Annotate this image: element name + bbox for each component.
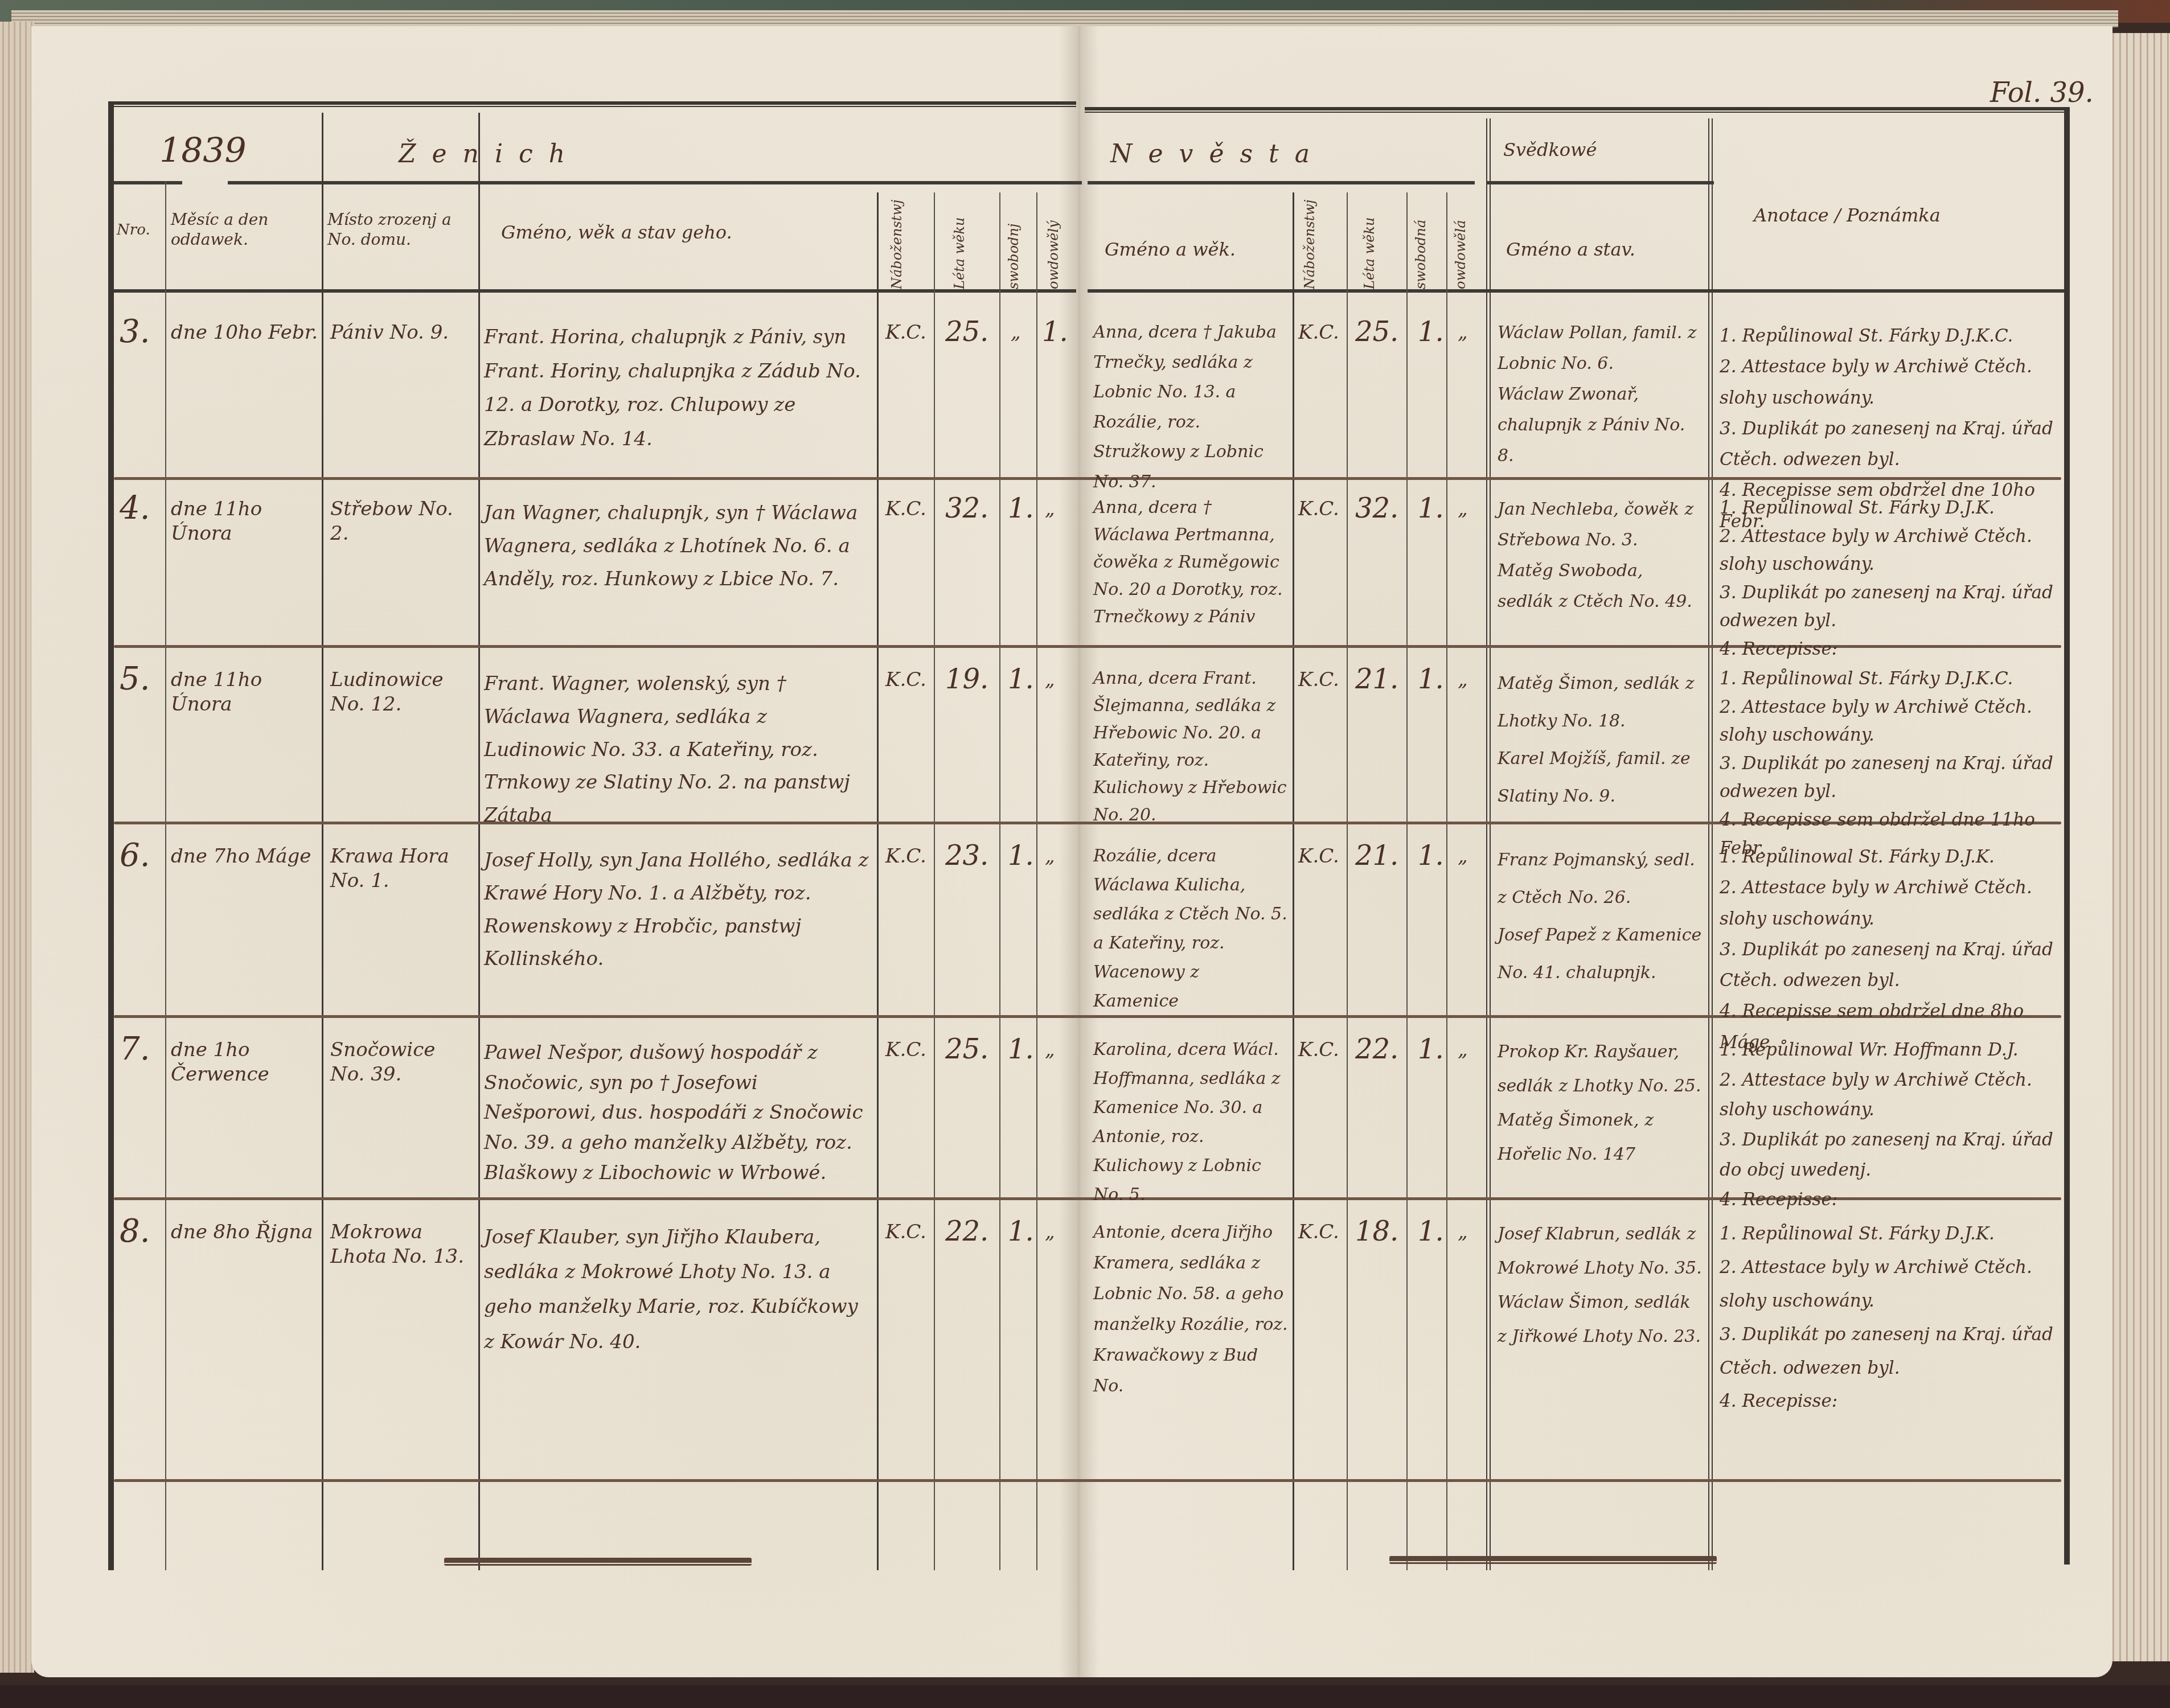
col-rule xyxy=(1036,192,1037,1570)
col-header-bride-widowed: owdowělá xyxy=(1452,187,1469,289)
entry-house: Snočowice No. 39. xyxy=(330,1038,473,1086)
col-rule xyxy=(322,113,323,1570)
entry-notes: 1. Repůlinowal Wr. Hoffmann D.J. 2. Atte… xyxy=(1720,1035,2061,1215)
year-rule xyxy=(114,181,182,184)
col-rule xyxy=(1446,192,1447,1570)
entry-witnesses: Wáclaw Pollan, famil. z Lobnic No. 6. Wá… xyxy=(1498,318,1703,471)
entry-date: dne 10ho Febr. xyxy=(171,321,319,345)
entry-groom-widowed: „ xyxy=(1045,844,1055,869)
entry-house: Pániv No. 9. xyxy=(330,321,473,345)
entry-bride-religion: K.C. xyxy=(1298,1038,1339,1062)
entry-bride-age: 18. xyxy=(1355,1214,1398,1249)
entry-witnesses: Josef Klabrun, sedlák z Mokrowé Lhoty No… xyxy=(1498,1217,1703,1354)
col-header-bride-age: Léta wěku xyxy=(1361,187,1378,289)
col-rule xyxy=(1708,118,1713,1570)
entry-groom-widowed: „ xyxy=(1045,497,1055,522)
col-rule xyxy=(999,192,1000,1570)
entry-notes: 1. Repůlinowal St. Fárky D.J.K.C. 2. Att… xyxy=(1720,665,2061,863)
entry-bride-single: 1. xyxy=(1418,662,1444,696)
left-border xyxy=(108,101,114,1570)
entry-bride-widowed: „ xyxy=(1458,1220,1468,1245)
entry-bride-age: 22. xyxy=(1355,1032,1398,1066)
col-header-bride-single: swobodná xyxy=(1412,187,1429,289)
entry-groom: Pawel Nešpor, dušowý hospodář z Snočowic… xyxy=(484,1038,871,1188)
entry-groom-age: 19. xyxy=(945,662,988,696)
entry-bride-widowed: „ xyxy=(1458,668,1468,692)
entry-bride-religion: K.C. xyxy=(1298,497,1339,522)
witness-header-rule xyxy=(1486,181,1714,184)
entry-bride-single: 1. xyxy=(1418,839,1444,873)
entry-groom-single: „ xyxy=(1011,321,1021,345)
entry-groom-age: 25. xyxy=(945,1032,988,1066)
entry-bride-single: 1. xyxy=(1418,491,1444,525)
entry-bride-religion: K.C. xyxy=(1298,1220,1339,1245)
entry-bride-single: 1. xyxy=(1418,1032,1444,1066)
entry-groom-single: 1. xyxy=(1008,1214,1034,1249)
entry-bride-single: 1. xyxy=(1418,315,1444,349)
page-stack-right xyxy=(2110,33,2170,1661)
entry-bride: Anna, dcera † Wáclawa Pertmanna, čowěka … xyxy=(1093,494,1290,631)
entry-groom-age: 32. xyxy=(945,491,988,525)
col-header-house: Místo zrozenj a No. domu. xyxy=(327,210,475,249)
entry-date: dne 1ho Čerwence xyxy=(171,1038,319,1086)
col-header-bride-religion: Náboženstwj xyxy=(1301,187,1318,289)
entry-bride: Anna, dcera Frant. Šlejmanna, sedláka z … xyxy=(1093,665,1290,829)
entry-house: Ludinowice No. 12. xyxy=(330,668,473,716)
entry-bride-age: 21. xyxy=(1355,662,1398,696)
entry-groom-religion: K.C. xyxy=(885,844,926,869)
header-bottom-rule-left xyxy=(114,289,1076,293)
page-stack-left xyxy=(0,22,34,1673)
entry-groom-widowed: „ xyxy=(1045,1038,1055,1062)
entry-date: dne 11ho Února xyxy=(171,668,319,716)
entry-witnesses: Franz Pojmanský, sedl. z Ctěch No. 26. J… xyxy=(1498,841,1703,992)
groom-header-rule xyxy=(228,181,1082,184)
col-header-notes: Anotace / Poznámka xyxy=(1754,204,2038,227)
row-separator xyxy=(114,1479,2061,1482)
col-header-groom-age: Léta wěku xyxy=(951,187,968,289)
entry-groom: Frant. Horina, chalupnjk z Pániv, syn Fr… xyxy=(484,321,871,456)
col-rule xyxy=(1293,192,1294,1570)
col-rule xyxy=(165,181,166,1570)
page-stack-top xyxy=(11,10,2118,27)
col-rule xyxy=(877,192,879,1570)
top-border-left xyxy=(108,101,1076,107)
folio-number: Fol. 39. xyxy=(1990,76,2094,110)
entry-notes: 1. Repůlinowal St. Fárky D.J.K. 2. Attes… xyxy=(1720,1217,2061,1418)
col-rule xyxy=(478,113,480,1570)
entry-bride-religion: K.C. xyxy=(1298,321,1339,345)
entry-bride: Anna, dcera † Jakuba Trnečky, sedláka z … xyxy=(1093,318,1290,497)
entry-bride-widowed: „ xyxy=(1458,497,1468,522)
entry-house: Krawa Hora No. 1. xyxy=(330,844,473,893)
entry-date: dne 7ho Máge xyxy=(171,844,319,869)
entry-groom-single: 1. xyxy=(1008,491,1034,525)
entry-bride-religion: K.C. xyxy=(1298,844,1339,869)
entry-groom: Josef Holly, syn Jana Hollého, sedláka z… xyxy=(484,844,871,976)
bride-group-header: Nevěsta xyxy=(1110,138,1326,170)
entry-number: 5. xyxy=(120,659,150,699)
closing-stroke-right xyxy=(1389,1556,1717,1564)
closing-stroke-left xyxy=(444,1558,752,1566)
entry-date: dne 11ho Února xyxy=(171,497,319,545)
entry-bride-widowed: „ xyxy=(1458,321,1468,345)
col-header-witnesses: Gméno a stav. xyxy=(1506,238,1700,261)
entry-witnesses: Matěg Šimon, sedlák z Lhotky No. 18. Kar… xyxy=(1498,665,1703,815)
entry-groom-single: 1. xyxy=(1008,1032,1034,1066)
entry-groom-religion: K.C. xyxy=(885,497,926,522)
col-header-groom-widowed: owdowělý xyxy=(1045,187,1062,289)
entry-groom-widowed: „ xyxy=(1045,668,1055,692)
bride-header-rule xyxy=(1088,181,1475,184)
entry-bride-age: 32. xyxy=(1355,491,1398,525)
right-border xyxy=(2064,107,2070,1565)
col-header-date: Měsíc a den oddawek. xyxy=(171,210,319,249)
entry-groom-widowed: „ xyxy=(1045,1220,1055,1245)
entry-bride-religion: K.C. xyxy=(1298,668,1339,692)
entry-groom-religion: K.C. xyxy=(885,1038,926,1062)
entry-bride-age: 25. xyxy=(1355,315,1398,349)
open-register-book: 1839 Fol. 39. Ženich Nevěsta Svědkowé Nr… xyxy=(0,10,2170,1690)
entry-groom: Josef Klauber, syn Jiřjho Klaubera, sedl… xyxy=(484,1220,871,1360)
col-rule xyxy=(1347,192,1348,1570)
year-label: 1839 xyxy=(159,130,247,173)
entry-bride-widowed: „ xyxy=(1458,1038,1468,1062)
entry-bride-widowed: „ xyxy=(1458,844,1468,869)
entry-groom-age: 25. xyxy=(945,315,988,349)
entry-groom-religion: K.C. xyxy=(885,321,926,345)
entry-number: 6. xyxy=(120,836,150,876)
entry-bride: Karolina, dcera Wácl. Hoffmanna, sedláka… xyxy=(1093,1035,1290,1209)
entry-groom-age: 22. xyxy=(945,1214,988,1249)
entry-number: 4. xyxy=(120,488,150,528)
entry-number: 7. xyxy=(120,1029,150,1069)
col-header-groom-religion: Náboženstwj xyxy=(888,187,905,289)
entry-groom-religion: K.C. xyxy=(885,668,926,692)
top-border-right xyxy=(1085,107,2070,113)
entry-bride: Antonie, dcera Jiřjho Kramera, sedláka z… xyxy=(1093,1217,1290,1402)
entry-groom-religion: K.C. xyxy=(885,1220,926,1245)
entry-groom-widowed: 1. xyxy=(1042,315,1068,349)
entry-bride-single: 1. xyxy=(1418,1214,1444,1249)
entry-groom: Jan Wagner, chalupnjk, syn † Wáclawa Wag… xyxy=(484,497,871,596)
entry-number: 8. xyxy=(120,1212,150,1251)
col-header-groom-single: swobodnj xyxy=(1005,187,1022,289)
entry-house: Mokrowa Lhota No. 13. xyxy=(330,1220,473,1268)
col-rule xyxy=(1406,192,1408,1570)
entry-notes: 1. Repůlinowal St. Fárky D.J.K. 2. Attes… xyxy=(1720,841,2061,1058)
entry-groom: Frant. Wagner, wolenský, syn † Wáclawa W… xyxy=(484,668,871,832)
col-rule xyxy=(934,192,935,1570)
col-rule xyxy=(1486,118,1491,1570)
entry-groom-single: 1. xyxy=(1008,662,1034,696)
entry-bride: Rozálie, dcera Wáclawa Kulicha, sedláka … xyxy=(1093,841,1290,1016)
entry-house: Střebow No. 2. xyxy=(330,497,473,545)
col-header-number: Nro. xyxy=(117,221,162,240)
entry-date: dne 8ho Řjgna xyxy=(171,1220,319,1245)
entry-witnesses: Jan Nechleba, čowěk z Střebowa No. 3. Ma… xyxy=(1498,494,1703,617)
witness-group-header: Svědkowé xyxy=(1503,138,1597,161)
groom-group-header: Ženich xyxy=(399,138,581,170)
entry-notes: 1. Repůlinowal St. Fárky D.J.K. 2. Attes… xyxy=(1720,494,2061,664)
entry-number: 3. xyxy=(120,312,150,352)
entry-groom-age: 23. xyxy=(945,839,988,873)
entry-witnesses: Prokop Kr. Rayšauer, sedlák z Lhotky No.… xyxy=(1498,1035,1703,1172)
col-header-bride-name: Gméno a wěk. xyxy=(1105,238,1287,261)
header-bottom-rule-right xyxy=(1088,289,2064,293)
col-header-groom-name: Gméno, wěk a stav geho. xyxy=(501,221,865,244)
entry-groom-single: 1. xyxy=(1008,839,1034,873)
entry-bride-age: 21. xyxy=(1355,839,1398,873)
